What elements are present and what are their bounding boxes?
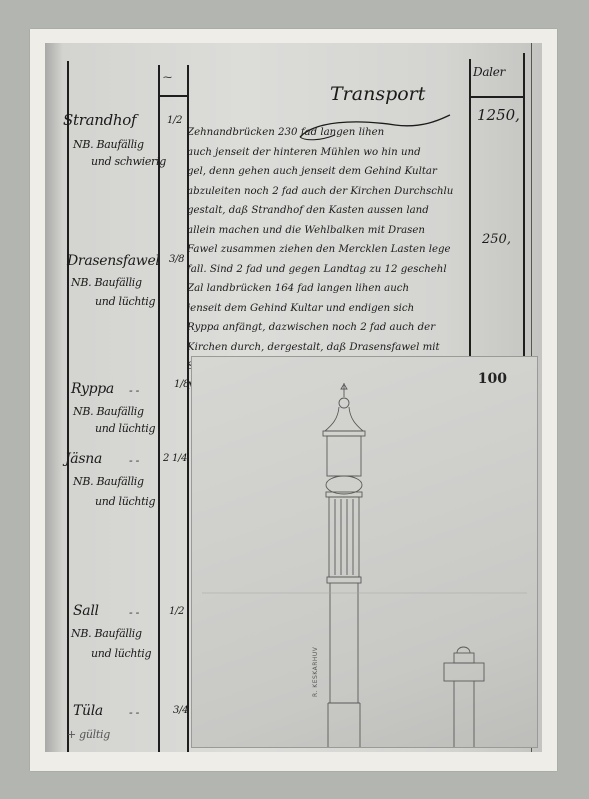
entry-fraction: 1/2 xyxy=(169,606,184,617)
architectural-drawing: 100 xyxy=(191,356,538,748)
ledger-heading: Transport xyxy=(330,83,425,105)
text-line: gel, denn gehen auch jenseit dem Gehind … xyxy=(187,162,469,182)
text-line: abzuleiten noch 2 fad auch der Kirchen D… xyxy=(187,182,469,202)
entry-note: NB. Baufällig xyxy=(73,405,144,418)
text-line: jenseit dem Gehind Kultar und endigen si… xyxy=(187,299,469,319)
entry-dashes: - - xyxy=(129,454,139,467)
manuscript-photo: Transport Daler ⁓ Strandhof NB. Baufälli… xyxy=(45,43,542,752)
text-line: auch jenseit der hinteren Mühlen wo hin … xyxy=(187,143,469,163)
entry-fraction: 3/4 xyxy=(173,705,188,716)
amount-column-heading: Daler xyxy=(473,65,505,79)
text-line: fall. Sind 2 fad und gegen Landtag zu 12… xyxy=(187,260,469,280)
text-line: Zehnandbrücken 230 fad langen lihen xyxy=(187,123,469,143)
entry-name: Ryppa xyxy=(71,381,114,397)
text-line: gestalt, daß Strandhof den Kasten aussen… xyxy=(187,201,469,221)
text-line: Zal landbrücken 164 fad langen lihen auc… xyxy=(187,279,469,299)
entry-name: Strandhof xyxy=(63,111,136,129)
entry-name: Sall xyxy=(73,603,99,619)
entry-fraction: 1/2 xyxy=(167,115,182,126)
entry-amount: 250, xyxy=(482,232,511,247)
text-line: Ryppa anfängt, dazwischen noch 2 fad auc… xyxy=(187,318,469,338)
entry-note: + gültig xyxy=(67,728,110,741)
text-line: Kirchen durch, dergestalt, daß Drasensfa… xyxy=(187,338,469,358)
text-line: allein machen und die Wehlbalken mit Dra… xyxy=(187,221,469,241)
entry-name: Drasensfawel xyxy=(67,253,160,269)
entry-note: und lüchtig xyxy=(95,495,155,508)
amount-column-left-rule xyxy=(469,59,471,359)
column-elevation-icon xyxy=(192,357,537,747)
entry-fraction: 3/8 xyxy=(169,254,184,265)
entry-note: NB. Baufällig xyxy=(71,627,142,640)
entry-fraction: 2 1/4 xyxy=(163,453,187,464)
entry-note: und lüchtig xyxy=(95,422,155,435)
amount-header-rule xyxy=(469,96,525,98)
entry-dashes: - - xyxy=(129,606,139,619)
entry-name: Jäsna xyxy=(65,451,102,467)
entry-name: Tüla xyxy=(73,703,103,719)
left-margin-rule xyxy=(67,61,69,752)
names-column-rule xyxy=(158,65,160,752)
entry-amount: 1250, xyxy=(477,106,520,124)
entry-note: NB. Baufällig xyxy=(71,276,142,289)
entry-note: und lüchtig xyxy=(91,647,151,660)
drawing-vertical-label: R. KESKARHUV xyxy=(312,647,319,697)
entry-note: NB. Baufällig xyxy=(73,138,144,151)
entry-dashes: - - xyxy=(129,706,139,719)
entry-note: und schwierig xyxy=(91,155,166,168)
text-line: Fawel zusammen ziehen den Mercklen Laste… xyxy=(187,240,469,260)
entry-note: NB. Baufällig xyxy=(73,475,144,488)
amount-column-right-rule xyxy=(523,53,525,359)
entry-note: und lüchtig xyxy=(95,295,155,308)
fraction-column-heading: ⁓ xyxy=(163,73,172,83)
entry-dashes: - - xyxy=(129,384,139,397)
fraction-header-rule xyxy=(158,95,189,97)
